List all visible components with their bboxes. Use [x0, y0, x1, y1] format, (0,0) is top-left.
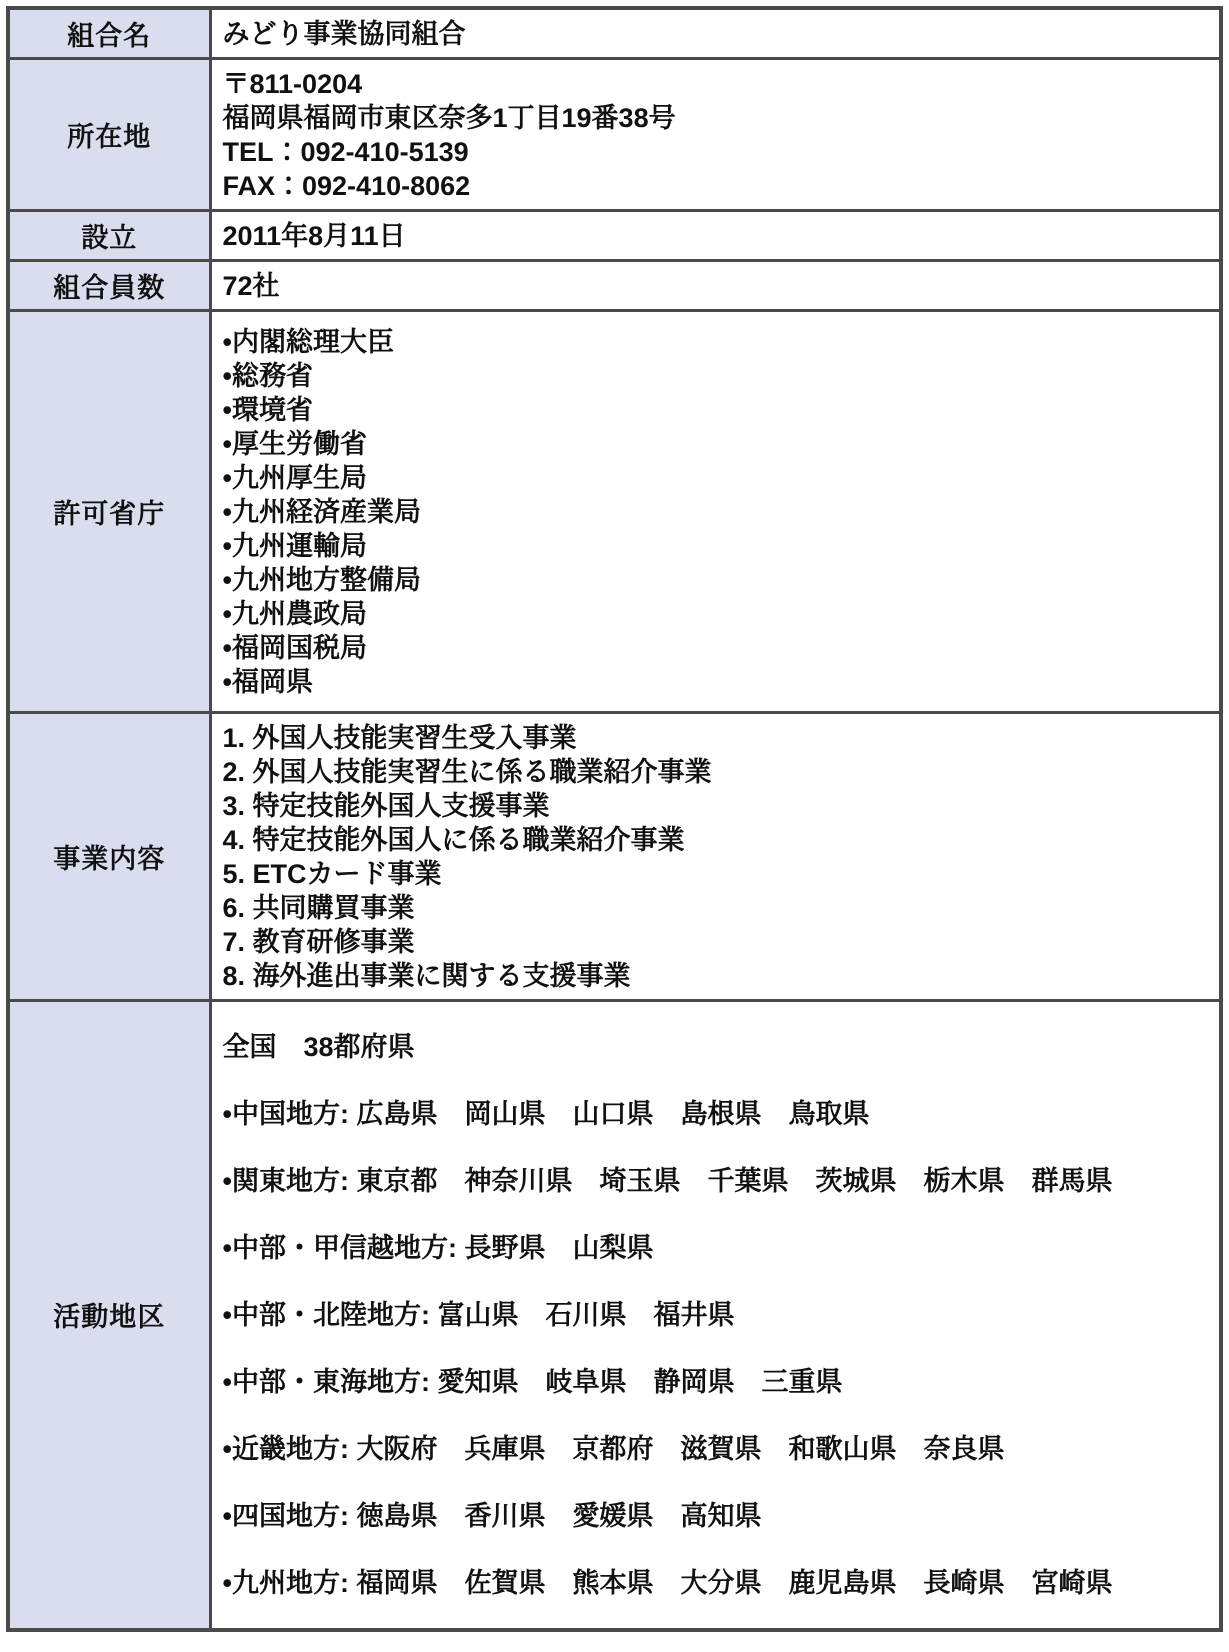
text-line: •九州厚生局	[223, 461, 1206, 495]
table-row-licensing-authorities: 許可省庁•内閣総理大臣•総務省•環境省•厚生労働省•九州厚生局•九州経済産業局•…	[8, 311, 1221, 713]
row-label-business-description: 事業内容	[8, 713, 210, 1001]
text-line: 3. 特定技能外国人支援事業	[223, 789, 1206, 823]
row-label-organization-name: 組合名	[8, 8, 210, 59]
row-label-activity-areas: 活動地区	[8, 1001, 210, 1630]
row-value-address: 〒811-0204福岡県福岡市東区奈多1丁目19番38号TEL：092-410-…	[210, 59, 1221, 211]
row-label-licensing-authorities: 許可省庁	[8, 311, 210, 713]
row-label-address: 所在地	[8, 59, 210, 211]
table-row-member-count: 組合員数72社	[8, 261, 1221, 311]
text-line: •九州地方整備局	[223, 563, 1206, 597]
text-line: •中部・東海地方: 愛知県 岐阜県 静岡県 三重県	[223, 1365, 1206, 1399]
text-line: 〒811-0204	[223, 67, 1206, 101]
text-line: 5. ETCカード事業	[223, 857, 1206, 891]
text-line: •福岡国税局	[223, 631, 1206, 665]
page: 組合名みどり事業協同組合所在地〒811-0204福岡県福岡市東区奈多1丁目19番…	[0, 0, 1229, 1652]
text-line: •九州運輸局	[223, 529, 1206, 563]
row-label-member-count: 組合員数	[8, 261, 210, 311]
text-line: •近畿地方: 大阪府 兵庫県 京都府 滋賀県 和歌山県 奈良県	[223, 1432, 1206, 1466]
table-row-activity-areas: 活動地区全国 38都府県•中国地方: 広島県 岡山県 山口県 島根県 鳥取県•関…	[8, 1001, 1221, 1630]
text-line: みどり事業協同組合	[223, 17, 1206, 51]
row-value-member-count: 72社	[210, 261, 1221, 311]
text-line: •中国地方: 広島県 岡山県 山口県 島根県 鳥取県	[223, 1097, 1206, 1131]
text-line: 72社	[223, 269, 1206, 303]
org-info-table-body: 組合名みどり事業協同組合所在地〒811-0204福岡県福岡市東区奈多1丁目19番…	[8, 8, 1221, 1630]
table-row-business-description: 事業内容1. 外国人技能実習生受入事業2. 外国人技能実習生に係る職業紹介事業3…	[8, 713, 1221, 1001]
text-line: •環境省	[223, 393, 1206, 427]
row-value-activity-areas: 全国 38都府県•中国地方: 広島県 岡山県 山口県 島根県 鳥取県•関東地方:…	[210, 1001, 1221, 1630]
row-value-business-description: 1. 外国人技能実習生受入事業2. 外国人技能実習生に係る職業紹介事業3. 特定…	[210, 713, 1221, 1001]
text-line: •内閣総理大臣	[223, 325, 1206, 359]
text-line: •九州経済産業局	[223, 495, 1206, 529]
text-line: TEL：092-410-5139	[223, 135, 1206, 169]
row-label-established: 設立	[8, 211, 210, 261]
text-line: 2. 外国人技能実習生に係る職業紹介事業	[223, 755, 1206, 789]
text-line: 4. 特定技能外国人に係る職業紹介事業	[223, 823, 1206, 857]
table-row-address: 所在地〒811-0204福岡県福岡市東区奈多1丁目19番38号TEL：092-4…	[8, 59, 1221, 211]
table-row-established: 設立2011年8月11日	[8, 211, 1221, 261]
text-line: •九州地方: 福岡県 佐賀県 熊本県 大分県 鹿児島県 長崎県 宮崎県	[223, 1566, 1206, 1600]
row-value-established: 2011年8月11日	[210, 211, 1221, 261]
text-line: •四国地方: 徳島県 香川県 愛媛県 高知県	[223, 1499, 1206, 1533]
text-line: 8. 海外進出事業に関する支援事業	[223, 959, 1206, 993]
text-line: •関東地方: 東京都 神奈川県 埼玉県 千葉県 茨城県 栃木県 群馬県	[223, 1164, 1206, 1198]
text-line: 全国 38都府県	[223, 1030, 1206, 1064]
text-line: •福岡県	[223, 665, 1206, 699]
text-line: 2011年8月11日	[223, 219, 1206, 253]
text-line: •九州農政局	[223, 597, 1206, 631]
text-line: 6. 共同購買事業	[223, 891, 1206, 925]
text-line: 7. 教育研修事業	[223, 925, 1206, 959]
text-line: 福岡県福岡市東区奈多1丁目19番38号	[223, 101, 1206, 135]
table-row-organization-name: 組合名みどり事業協同組合	[8, 8, 1221, 59]
text-line: FAX：092-410-8062	[223, 169, 1206, 203]
text-line: •中部・北陸地方: 富山県 石川県 福井県	[223, 1298, 1206, 1332]
row-value-licensing-authorities: •内閣総理大臣•総務省•環境省•厚生労働省•九州厚生局•九州経済産業局•九州運輸…	[210, 311, 1221, 713]
text-line: •厚生労働省	[223, 427, 1206, 461]
text-line: 1. 外国人技能実習生受入事業	[223, 721, 1206, 755]
org-info-table: 組合名みどり事業協同組合所在地〒811-0204福岡県福岡市東区奈多1丁目19番…	[6, 6, 1223, 1632]
text-line: •総務省	[223, 359, 1206, 393]
row-value-organization-name: みどり事業協同組合	[210, 8, 1221, 59]
text-line: •中部・甲信越地方: 長野県 山梨県	[223, 1231, 1206, 1265]
